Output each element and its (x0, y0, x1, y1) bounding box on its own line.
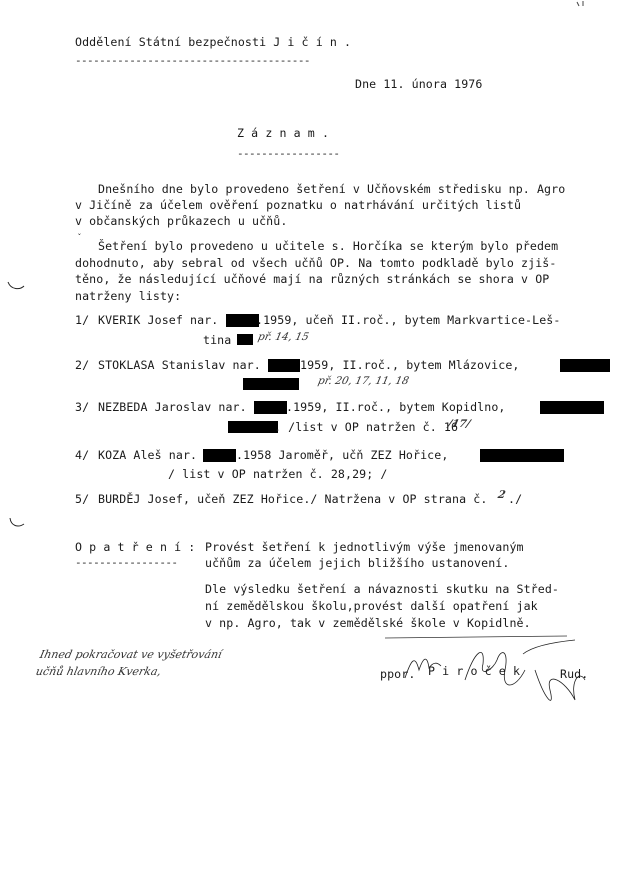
entry-text: BURDĚJ Josef, učeň ZEZ Hořice./ Natržena… (98, 492, 487, 506)
document-date: Dne 11. února 1976 (355, 77, 482, 91)
text-line: ní zemědělskou školu,provést další opatř… (205, 599, 538, 613)
text-line: v np. Agro, tak v zemědělské škole v Kop… (205, 616, 531, 630)
entry-name: KOZA Aleš nar. (98, 448, 197, 462)
entry-name: STOKLASA Stanislav nar. (98, 358, 261, 372)
title-underline: ----------------- (237, 150, 339, 158)
entry-details: .1959, II.roč., bytem Kopidlno, (286, 400, 505, 414)
margin-mark (10, 518, 11, 519)
entry-details: .1958 Jaroměř, učň ZEZ Hořice, (236, 448, 448, 462)
redaction-box (480, 449, 564, 462)
margin-mark (8, 282, 9, 283)
text-line: v občanských průkazech u učňů. (75, 214, 287, 228)
redaction-box (237, 334, 253, 345)
redaction-box (268, 359, 300, 372)
entry-details: 1959, II.roč., bytem Mlázovice, (300, 358, 519, 372)
redaction-box (540, 401, 604, 414)
handwritten-annotation: př. 20, 17, 11, 18 (317, 375, 410, 387)
entry-name: NEZBEDA Jaroslav nar. (98, 400, 247, 414)
department-heading: Oddělení Státní bezpečnosti J i č í n . (75, 35, 351, 49)
entry-number: 3/ (75, 400, 89, 414)
stray-mark: ˇ (77, 231, 82, 245)
heading-underline: --------------------------------------- (75, 57, 310, 65)
redaction-box (226, 314, 259, 327)
redaction-box (243, 378, 299, 390)
handwritten-line: Ihned pokračovat ve vyšetřování (39, 648, 223, 661)
signature-scribble (405, 640, 406, 641)
entry-number: 1/ (75, 313, 89, 327)
text-line: těno, že následující učňové mají na různ… (75, 272, 549, 286)
corner-mark (575, 0, 576, 1)
text-line: Dnešního dne bylo provedeno šetření v Uč… (98, 182, 565, 196)
measures-label: O p a t ř e n í : (75, 540, 195, 554)
redaction-box (203, 449, 236, 462)
text-line: Provést šetření k jednotlivým výše jmeno… (205, 540, 524, 554)
entry-name: KVERIK Josef nar. (98, 313, 218, 327)
text-line: natrženy listy: (75, 289, 181, 303)
entry-details: .1959, učeň II.roč., bytem Markvartice-L… (256, 313, 560, 327)
handwritten-line: učňů hlavního Kverka, (35, 665, 163, 678)
redaction-box (560, 359, 610, 372)
entry-number: 2/ (75, 358, 89, 372)
handwritten-annotation: 2 (497, 489, 507, 501)
text-line: Dle výsledku šetření a návaznosti skutku… (205, 582, 559, 596)
entry-continuation: tina (203, 333, 231, 347)
measures-underline: ----------------- (75, 559, 177, 567)
handwritten-annotation: př. 14, 15 (257, 331, 310, 343)
document-title: Z á z n a m . (237, 126, 329, 140)
text-line: Šetření bylo provedeno u učitele s. Horč… (98, 239, 558, 253)
text-line: učňům za účelem jejich bližšího ustanove… (205, 556, 509, 570)
entry-continuation: . /list v OP natržen č. 16 (274, 420, 458, 434)
handwritten-annotation: /17/ (447, 418, 472, 430)
entry-continuation: / list v OP natržen č. 28,29; / (168, 467, 387, 481)
entry-number: 4/ (75, 448, 89, 462)
signature-line (385, 632, 386, 633)
redaction-box (254, 401, 287, 414)
redaction-box (228, 421, 278, 433)
entry-end: ./ (508, 492, 522, 506)
entry-number: 5/ (75, 492, 89, 506)
text-line: dohodnuto, aby sebral od všech učňů OP. … (75, 256, 556, 270)
signature-name: P i r o č e k (428, 664, 520, 678)
text-line: v Jičíně za účelem ověření poznatku o na… (75, 198, 521, 212)
signature-rank: ppor. (380, 667, 415, 681)
